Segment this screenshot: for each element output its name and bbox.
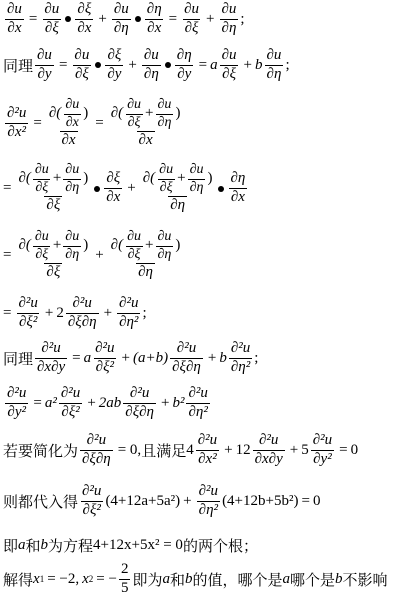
numerator: ∂²u bbox=[85, 433, 108, 450]
semicolon: ; bbox=[142, 305, 146, 322]
paren-close: ) bbox=[175, 106, 180, 122]
denominator: ∂x bbox=[137, 131, 155, 149]
semicolon: ; bbox=[254, 350, 258, 367]
fraction: ∂u∂ξ bbox=[125, 230, 143, 262]
numerator: ∂u bbox=[35, 48, 54, 65]
plus: + bbox=[53, 171, 61, 187]
variable-x: x bbox=[33, 571, 40, 588]
numerator: ∂u bbox=[156, 98, 174, 114]
partial-open: ∂( bbox=[111, 238, 123, 254]
fraction: ∂²u∂η² bbox=[197, 484, 220, 519]
numerator: ∂( ∂u∂x ) bbox=[47, 98, 90, 131]
plus: + bbox=[290, 442, 298, 459]
variable-b: b bbox=[335, 571, 343, 588]
numerator: ∂u bbox=[220, 48, 239, 65]
plus: + bbox=[98, 11, 106, 28]
plus: + bbox=[208, 350, 216, 367]
label-jiede: 解得 bbox=[3, 569, 33, 590]
fraction: ∂²u∂η² bbox=[117, 296, 140, 331]
label-tongli: 同理 bbox=[3, 348, 33, 369]
multiply-dot-icon bbox=[95, 62, 101, 68]
denominator: ∂ξ² bbox=[81, 501, 103, 519]
denominator: ∂η² bbox=[197, 501, 220, 519]
plus: + bbox=[128, 57, 136, 74]
paren-close: ) bbox=[83, 171, 88, 187]
fraction: ∂²u∂ξ² bbox=[93, 341, 116, 376]
equation-line-4: = ∂( ∂u∂ξ + ∂u∂η ) ∂ξ ∂ξ∂x + ∂( ∂u∂ξ + ∂… bbox=[3, 163, 249, 214]
coefficient: 12 bbox=[236, 442, 251, 459]
partial-open: ∂( bbox=[18, 171, 30, 187]
denominator: ∂ξ bbox=[33, 246, 50, 263]
numerator: ∂( ∂u∂ξ + ∂u∂η ) bbox=[16, 230, 90, 263]
numerator: ∂²u bbox=[80, 484, 103, 501]
equals: = bbox=[72, 350, 80, 367]
numerator: ∂u bbox=[220, 2, 239, 19]
numerator: ∂²u bbox=[39, 341, 62, 358]
fraction: ∂η∂y bbox=[175, 48, 194, 83]
numerator: ∂η bbox=[175, 48, 194, 65]
label-nage-shi: 哪个是 bbox=[290, 569, 335, 590]
label-tongli: 同理 bbox=[3, 55, 33, 76]
numerator: ∂u bbox=[157, 163, 175, 179]
denominator: ∂y bbox=[35, 65, 53, 83]
numerator: ∂u bbox=[5, 2, 24, 19]
numerator: ∂²u bbox=[197, 484, 220, 501]
denominator: ∂x² bbox=[196, 450, 219, 468]
denominator: ∂η bbox=[142, 65, 161, 83]
denominator: ∂x bbox=[5, 19, 23, 37]
numerator: 2 bbox=[119, 562, 131, 579]
numerator: ∂²u bbox=[16, 296, 39, 313]
numerator: ∂ξ bbox=[104, 171, 122, 188]
denominator: ∂ξ bbox=[44, 196, 62, 214]
equals: = bbox=[59, 57, 67, 74]
root-1-value: = −2, bbox=[47, 571, 79, 588]
numerator: ∂u bbox=[125, 230, 143, 246]
denominator: ∂ξ bbox=[43, 19, 61, 37]
equation-line-9: 若要简化为 ∂²u∂ξ∂η = 0, 且满足 4 ∂²u∂x² + 12 ∂²u… bbox=[3, 433, 358, 468]
equals: = bbox=[3, 180, 11, 197]
numerator: ∂²u bbox=[59, 386, 82, 403]
multiply-dot-icon bbox=[135, 16, 141, 22]
denominator: ∂x∂y bbox=[253, 450, 285, 468]
coefficient-2ab: 2ab bbox=[99, 395, 122, 412]
paren-close: ) bbox=[83, 238, 88, 254]
fraction: ∂²u∂η² bbox=[229, 341, 252, 376]
fraction: ∂( ∂u∂ξ + ∂u∂η ) ∂ξ bbox=[16, 230, 90, 281]
equation-line-8: ∂²u∂y² = a² ∂²u∂ξ² + 2ab ∂²u∂ξ∂η + b² ∂²… bbox=[3, 386, 212, 421]
label-de-liangge-gen: 的两个根； bbox=[183, 535, 258, 556]
fraction: ∂u∂η bbox=[155, 230, 173, 262]
plus: + bbox=[161, 395, 169, 412]
coefficient-a: a bbox=[210, 57, 218, 74]
fraction: ∂²u∂ξ∂η bbox=[66, 296, 99, 331]
equation-line-11: 即 a 和 b 为方程 4+12x+5x² = 0 的两个根； bbox=[3, 535, 258, 556]
label-qiemanzu: 且满足 bbox=[141, 440, 186, 461]
plus: + bbox=[122, 350, 130, 367]
paren-close: ) bbox=[83, 106, 88, 122]
numerator: ∂u bbox=[33, 230, 51, 246]
plus: + bbox=[145, 238, 153, 254]
fraction: ∂u∂ξ bbox=[33, 230, 51, 262]
numerator: ∂η bbox=[228, 171, 247, 188]
denominator: ∂ξ² bbox=[94, 358, 116, 376]
quadratic-equation: 4+12x+5x² = 0 bbox=[93, 537, 183, 554]
fraction: ∂u∂y bbox=[35, 48, 54, 83]
denominator: ∂x bbox=[64, 114, 81, 131]
equals: = bbox=[33, 115, 41, 132]
denominator: ∂y² bbox=[311, 450, 334, 468]
denominator: ∂ξ bbox=[33, 179, 50, 196]
multiply-dot-icon bbox=[165, 62, 171, 68]
plus: + bbox=[45, 305, 53, 322]
denominator: ∂η bbox=[265, 65, 284, 83]
multiply-dot-icon bbox=[218, 186, 224, 192]
numerator: ∂u bbox=[112, 2, 131, 19]
paren-close: ) bbox=[207, 171, 212, 187]
denominator: ∂ξ bbox=[158, 179, 175, 196]
numerator: ∂( ∂u∂ξ + ∂u∂η ) bbox=[141, 163, 215, 196]
denominator: ∂x² bbox=[5, 123, 28, 141]
plus: + bbox=[206, 11, 214, 28]
numerator: ∂²u bbox=[93, 341, 116, 358]
label-zedou: 则都代入得 bbox=[3, 491, 78, 512]
equation-line-2: 同理 ∂u∂y = ∂u∂ξ ∂ξ∂y + ∂u∂η ∂η∂y = a ∂u∂ξ… bbox=[3, 48, 290, 83]
equals: = bbox=[95, 115, 103, 132]
numerator: ∂²u bbox=[5, 386, 28, 403]
equation-line-3: ∂²u∂x² = ∂( ∂u∂x ) ∂x = ∂( ∂u∂ξ + ∂u∂η )… bbox=[3, 98, 184, 149]
coefficient-b-squared: b² bbox=[172, 395, 184, 412]
zero: 0 bbox=[351, 442, 359, 459]
equation-line-5: = ∂( ∂u∂ξ + ∂u∂η ) ∂ξ + ∂( ∂u∂ξ + ∂u∂η )… bbox=[3, 230, 184, 281]
multiply-dot-icon bbox=[65, 16, 71, 22]
numerator: ∂²u bbox=[175, 341, 198, 358]
denominator: ∂x bbox=[104, 188, 122, 206]
numerator: ∂u bbox=[155, 230, 173, 246]
numerator: ∂( ∂u∂ξ + ∂u∂η ) bbox=[109, 230, 183, 263]
equals: = bbox=[3, 305, 11, 322]
numerator: ∂( ∂u∂ξ + ∂u∂η ) bbox=[109, 98, 183, 131]
equation-line-1: ∂u∂x = ∂u∂ξ ∂ξ∂x + ∂u∂η ∂η∂x = ∂u∂ξ + ∂u… bbox=[3, 2, 245, 37]
denominator: ∂η² bbox=[186, 403, 209, 421]
plus: + bbox=[127, 180, 135, 197]
denominator: ∂η bbox=[63, 179, 81, 196]
label-jiwei: 即为 bbox=[132, 569, 162, 590]
fraction: ∂u∂ξ bbox=[33, 163, 51, 195]
denominator: ∂x∂y bbox=[35, 358, 67, 376]
plus: + bbox=[95, 247, 103, 264]
fraction: ∂( ∂u∂ξ + ∂u∂η ) ∂ξ bbox=[16, 163, 90, 214]
numerator: ∂u bbox=[188, 163, 206, 179]
numerator: ∂u bbox=[142, 48, 161, 65]
fraction: ∂u∂η bbox=[188, 163, 206, 195]
plus: + bbox=[53, 238, 61, 254]
fraction: ∂η∂x bbox=[228, 171, 247, 206]
coefficient-b: b bbox=[255, 57, 263, 74]
fraction: ∂²u∂x∂y bbox=[35, 341, 67, 376]
numerator: ∂u bbox=[63, 98, 81, 114]
numerator: ∂²u bbox=[5, 106, 28, 123]
denominator: ∂ξ∂η bbox=[66, 313, 99, 331]
variable-a: a bbox=[18, 537, 26, 554]
plus: + bbox=[244, 57, 252, 74]
partial-open: ∂( bbox=[49, 106, 61, 122]
zero: 0 bbox=[313, 493, 321, 510]
variable-x: x bbox=[82, 571, 89, 588]
label-he: 和 bbox=[26, 535, 41, 556]
fraction: ∂²u∂ξ∂η bbox=[123, 386, 156, 421]
denominator: ∂ξ bbox=[44, 263, 62, 281]
label-buyingxiang: 不影响 bbox=[343, 569, 388, 590]
fraction: ∂u∂η bbox=[63, 163, 81, 195]
fraction: ∂u∂ξ bbox=[42, 2, 61, 37]
denominator: ∂η² bbox=[117, 313, 140, 331]
denominator: ∂x bbox=[75, 19, 93, 37]
plus: + bbox=[145, 106, 153, 122]
polynomial-a: (4+12a+5a²) bbox=[105, 493, 180, 510]
denominator: ∂ξ² bbox=[59, 403, 81, 421]
numerator: ∂²u bbox=[196, 433, 219, 450]
label-ji: 即 bbox=[3, 535, 18, 556]
denominator: ∂ξ bbox=[126, 246, 143, 263]
denominator: ∂ξ∂η bbox=[170, 358, 203, 376]
fraction: ∂u∂η bbox=[265, 48, 284, 83]
denominator: ∂ξ bbox=[73, 65, 91, 83]
fraction: ∂²u∂ξ∂η bbox=[170, 341, 203, 376]
coefficient: 4 bbox=[186, 442, 194, 459]
denominator: ∂η² bbox=[229, 358, 252, 376]
fraction: ∂²u∂ξ² bbox=[16, 296, 39, 331]
numerator: ∂u bbox=[125, 98, 143, 114]
fraction: ∂ξ∂x bbox=[104, 171, 122, 206]
equation-line-7: 同理 ∂²u∂x∂y = a ∂²u∂ξ² + (a+b) ∂²u∂ξ∂η + … bbox=[3, 341, 258, 376]
polynomial-b: (4+12b+5b²) bbox=[222, 493, 298, 510]
semicolon: ; bbox=[240, 11, 244, 28]
denominator: ∂η bbox=[220, 19, 239, 37]
denominator: ∂y bbox=[175, 65, 193, 83]
numerator: ∂u bbox=[63, 163, 81, 179]
fraction: ∂u∂η bbox=[63, 230, 81, 262]
plus: + bbox=[177, 171, 185, 187]
fraction: ∂²u∂ξ² bbox=[59, 386, 82, 421]
partial-open: ∂( bbox=[143, 171, 155, 187]
denominator: ∂ξ bbox=[183, 19, 201, 37]
equation-line-12: 解得 x1 = −2, x2 = − 25 即为 a 和 b 的值，哪个是 a … bbox=[3, 562, 388, 597]
fraction: ∂( ∂u∂ξ + ∂u∂η ) ∂x bbox=[109, 98, 183, 149]
numerator: ∂u bbox=[72, 48, 91, 65]
numerator: ∂u bbox=[63, 230, 81, 246]
variable-b: b bbox=[185, 571, 193, 588]
denominator: ∂η bbox=[188, 179, 206, 196]
denominator: ∂y bbox=[105, 65, 123, 83]
denominator: ∂ξ bbox=[220, 65, 238, 83]
coefficient-a-plus-b: (a+b) bbox=[133, 350, 168, 367]
numerator: ∂²u bbox=[229, 341, 252, 358]
denominator: ∂ξ² bbox=[17, 313, 39, 331]
fraction: ∂( ∂u∂ξ + ∂u∂η ) ∂η bbox=[109, 230, 183, 281]
equals: = bbox=[29, 11, 37, 28]
numerator: ∂²u bbox=[257, 433, 280, 450]
numerator: ∂²u bbox=[71, 296, 94, 313]
fraction: ∂²u∂x∂y bbox=[253, 433, 285, 468]
denominator: ∂x bbox=[60, 131, 78, 149]
label-ruoyao: 若要简化为 bbox=[3, 440, 78, 461]
fraction: ∂u∂η bbox=[142, 48, 161, 83]
fraction: ∂u∂ξ bbox=[125, 98, 143, 130]
numerator: ∂²u bbox=[128, 386, 151, 403]
equals: = bbox=[339, 442, 347, 459]
numerator: ∂ξ bbox=[75, 2, 93, 19]
fraction: ∂u∂ξ bbox=[72, 48, 91, 83]
denominator: ∂η bbox=[156, 114, 174, 131]
fraction: ∂u∂ξ bbox=[157, 163, 175, 195]
denominator: ∂η bbox=[156, 246, 174, 263]
numerator: ∂²u bbox=[117, 296, 140, 313]
denominator: ∂x bbox=[229, 188, 247, 206]
numerator: ∂u bbox=[42, 2, 61, 19]
equals: = bbox=[33, 395, 41, 412]
fraction: ∂²u∂y² bbox=[311, 433, 334, 468]
label-he: 和 bbox=[170, 569, 185, 590]
fraction: ∂u∂ξ bbox=[182, 2, 201, 37]
denominator: ∂η bbox=[168, 196, 187, 214]
denominator: 5 bbox=[119, 579, 131, 597]
variable-b: b bbox=[41, 537, 49, 554]
fraction: ∂u∂η bbox=[156, 98, 174, 130]
denominator: ∂η bbox=[112, 19, 131, 37]
label-de-zhi: 的值，哪个是 bbox=[192, 569, 282, 590]
coefficient-b: b bbox=[219, 350, 227, 367]
numerator: ∂²u bbox=[311, 433, 334, 450]
fraction: ∂u∂η bbox=[112, 2, 131, 37]
plus: + bbox=[183, 493, 191, 510]
equals: = bbox=[199, 57, 207, 74]
numerator: ∂u bbox=[182, 2, 201, 19]
numerator: ∂η bbox=[145, 2, 164, 19]
denominator: ∂ξ∂η bbox=[80, 450, 113, 468]
fraction: ∂ξ∂x bbox=[75, 2, 93, 37]
paren-close: ) bbox=[175, 238, 180, 254]
numerator: ∂u bbox=[265, 48, 284, 65]
root-2-sign: = − bbox=[96, 571, 117, 588]
plus: + bbox=[104, 305, 112, 322]
plus: + bbox=[224, 442, 232, 459]
fraction: ∂²u∂ξ∂η bbox=[80, 433, 113, 468]
partial-open: ∂( bbox=[111, 106, 123, 122]
fraction: ∂²u∂y² bbox=[5, 386, 28, 421]
denominator: ∂x bbox=[145, 19, 163, 37]
fraction: ∂²u∂ξ² bbox=[80, 484, 103, 519]
denominator: ∂y² bbox=[5, 403, 28, 421]
numerator: ∂( ∂u∂ξ + ∂u∂η ) bbox=[16, 163, 90, 196]
fraction: ∂ξ∂y bbox=[105, 48, 123, 83]
fraction: ∂u∂η bbox=[220, 2, 239, 37]
denominator: ∂ξ bbox=[126, 114, 143, 131]
denominator: ∂ξ∂η bbox=[123, 403, 156, 421]
denominator: ∂η bbox=[136, 263, 155, 281]
label-wei-fangcheng: 为方程 bbox=[48, 535, 93, 556]
numerator: ∂²u bbox=[186, 386, 209, 403]
fraction: ∂η∂x bbox=[145, 2, 164, 37]
equals: = bbox=[301, 493, 309, 510]
fraction: ∂u∂x bbox=[63, 98, 81, 130]
fraction: ∂²u∂η² bbox=[186, 386, 209, 421]
plus: + bbox=[87, 395, 95, 412]
fraction: ∂( ∂u∂x ) ∂x bbox=[47, 98, 90, 149]
coefficient-a: a bbox=[84, 350, 92, 367]
coefficient: 2 bbox=[56, 305, 64, 322]
fraction: ∂( ∂u∂ξ + ∂u∂η ) ∂η bbox=[141, 163, 215, 214]
semicolon: ; bbox=[285, 57, 289, 74]
fraction: ∂u∂x bbox=[5, 2, 24, 37]
equals: = bbox=[3, 247, 11, 264]
denominator: ∂η bbox=[63, 246, 81, 263]
fraction: ∂u∂ξ bbox=[220, 48, 239, 83]
coefficient-a-squared: a² bbox=[45, 395, 57, 412]
coefficient: 5 bbox=[301, 442, 309, 459]
fraction: ∂²u∂x² bbox=[196, 433, 219, 468]
fraction: 25 bbox=[119, 562, 131, 597]
equals: = bbox=[169, 11, 177, 28]
numerator: ∂ξ bbox=[105, 48, 123, 65]
equals-zero: = 0, bbox=[118, 442, 141, 459]
equation-line-6: = ∂²u∂ξ² + 2 ∂²u∂ξ∂η + ∂²u∂η² ; bbox=[3, 296, 147, 331]
fraction: ∂²u∂x² bbox=[5, 106, 28, 141]
variable-a: a bbox=[283, 571, 291, 588]
partial-open: ∂( bbox=[18, 238, 30, 254]
equation-line-10: 则都代入得 ∂²u∂ξ² (4+12a+5a²) + ∂²u∂η² (4+12b… bbox=[3, 484, 320, 519]
numerator: ∂u bbox=[33, 163, 51, 179]
variable-a: a bbox=[162, 571, 170, 588]
multiply-dot-icon bbox=[94, 186, 100, 192]
